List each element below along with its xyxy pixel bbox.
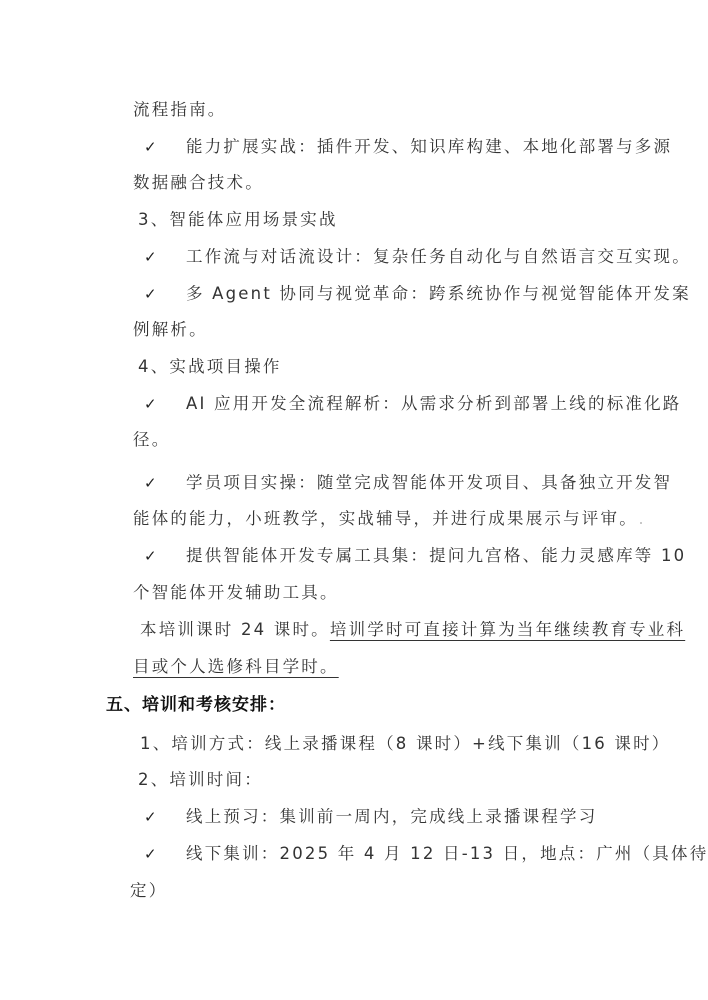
line-text: 多 Agent 协同与视觉革命：跨系统协作与视觉智能体开发案 — [186, 284, 691, 303]
paragraph-line: 能体的能力，小班教学，实战辅导，并进行成果展示与评审。 — [133, 508, 638, 530]
line-text: 本培训课时 24 课时。 — [140, 620, 330, 639]
checkmark-icon: ✓ — [144, 843, 186, 865]
paragraph-line: 个智能体开发辅助工具。 — [133, 582, 339, 604]
line-text: 径。 — [133, 430, 170, 449]
line-text: 2、培训时间： — [138, 770, 263, 789]
paragraph-line: 径。 — [133, 429, 170, 451]
list-item: 1、培训方式：线上录播课程（8 课时）+线下集训（16 课时） — [140, 733, 671, 755]
section-heading: 五、培训和考核安排： — [106, 694, 286, 716]
checkmark-icon: ✓ — [144, 806, 186, 828]
checkmark-icon: ✓ — [144, 545, 186, 567]
bullet-item: ✓线上预习：集训前一周内，完成线上录播课程学习 — [144, 806, 597, 828]
line-text: 例解析。 — [133, 320, 208, 339]
line-text: 数据融合技术。 — [133, 173, 264, 192]
bullet-item: ✓能力扩展实战：插件开发、知识库构建、本地化部署与多源 — [144, 136, 672, 158]
bullet-item: ✓AI 应用开发全流程解析：从需求分析到部署上线的标准化路 — [144, 393, 682, 415]
checkmark-icon: ✓ — [144, 472, 186, 494]
paragraph-line: 流程指南。 — [133, 99, 227, 121]
bullet-item: ✓线下集训：2025 年 4 月 12 日-13 日，地点：广州（具体待 — [144, 843, 708, 865]
line-text: 工作流与对话流设计：复杂任务自动化与自然语言交互实现。 — [186, 247, 691, 266]
checkmark-icon: ✓ — [144, 283, 186, 305]
line-text: 学员项目实操：随堂完成智能体开发项目、具备独立开发智 — [186, 473, 672, 492]
checkmark-icon: ✓ — [144, 136, 186, 158]
line-text: AI 应用开发全流程解析：从需求分析到部署上线的标准化路 — [186, 394, 682, 413]
paragraph-line: 定） — [130, 880, 167, 902]
bullet-item: ✓多 Agent 协同与视觉革命：跨系统协作与视觉智能体开发案 — [144, 283, 691, 305]
line-text: 线上预习：集训前一周内，完成线上录播课程学习 — [186, 807, 597, 826]
line-text: 提供智能体开发专属工具集：提问九宫格、能力灵感库等 10 — [186, 546, 686, 565]
underlined-text: 目或个人选修科目学时。 — [133, 657, 339, 676]
line-text: 线下集训：2025 年 4 月 12 日-13 日，地点：广州（具体待 — [186, 844, 708, 863]
bullet-item: ✓工作流与对话流设计：复杂任务自动化与自然语言交互实现。 — [144, 246, 691, 268]
paragraph-line: 目或个人选修科目学时。 — [133, 656, 339, 678]
underlined-text: 培训学时可直接计算为当年继续教育专业科 — [330, 620, 685, 639]
document-page: 流程指南。 ✓能力扩展实战：插件开发、知识库构建、本地化部署与多源 数据融合技术… — [0, 0, 708, 1000]
scan-speck — [640, 522, 642, 524]
line-text: 流程指南。 — [133, 100, 227, 119]
paragraph-line: 数据融合技术。 — [133, 172, 264, 194]
line-text: 能力扩展实战：插件开发、知识库构建、本地化部署与多源 — [186, 137, 672, 156]
line-text: 1、培训方式：线上录播课程（8 课时）+线下集训（16 课时） — [140, 734, 671, 753]
line-text: 定） — [130, 881, 167, 900]
bullet-item: ✓学员项目实操：随堂完成智能体开发项目、具备独立开发智 — [144, 472, 672, 494]
line-text: 3、智能体应用场景实战 — [138, 210, 338, 229]
line-text: 能体的能力，小班教学，实战辅导，并进行成果展示与评审。 — [133, 509, 638, 528]
subheading: 3、智能体应用场景实战 — [138, 209, 338, 231]
paragraph-line: 例解析。 — [133, 319, 208, 341]
line-text: 4、实战项目操作 — [138, 357, 282, 376]
list-item: 2、培训时间： — [138, 769, 263, 791]
checkmark-icon: ✓ — [144, 246, 186, 268]
bullet-item: ✓提供智能体开发专属工具集：提问九宫格、能力灵感库等 10 — [144, 545, 686, 567]
subheading: 4、实战项目操作 — [138, 356, 282, 378]
checkmark-icon: ✓ — [144, 393, 186, 415]
line-text: 个智能体开发辅助工具。 — [133, 583, 339, 602]
paragraph-line: 本培训课时 24 课时。培训学时可直接计算为当年继续教育专业科 — [140, 619, 685, 641]
